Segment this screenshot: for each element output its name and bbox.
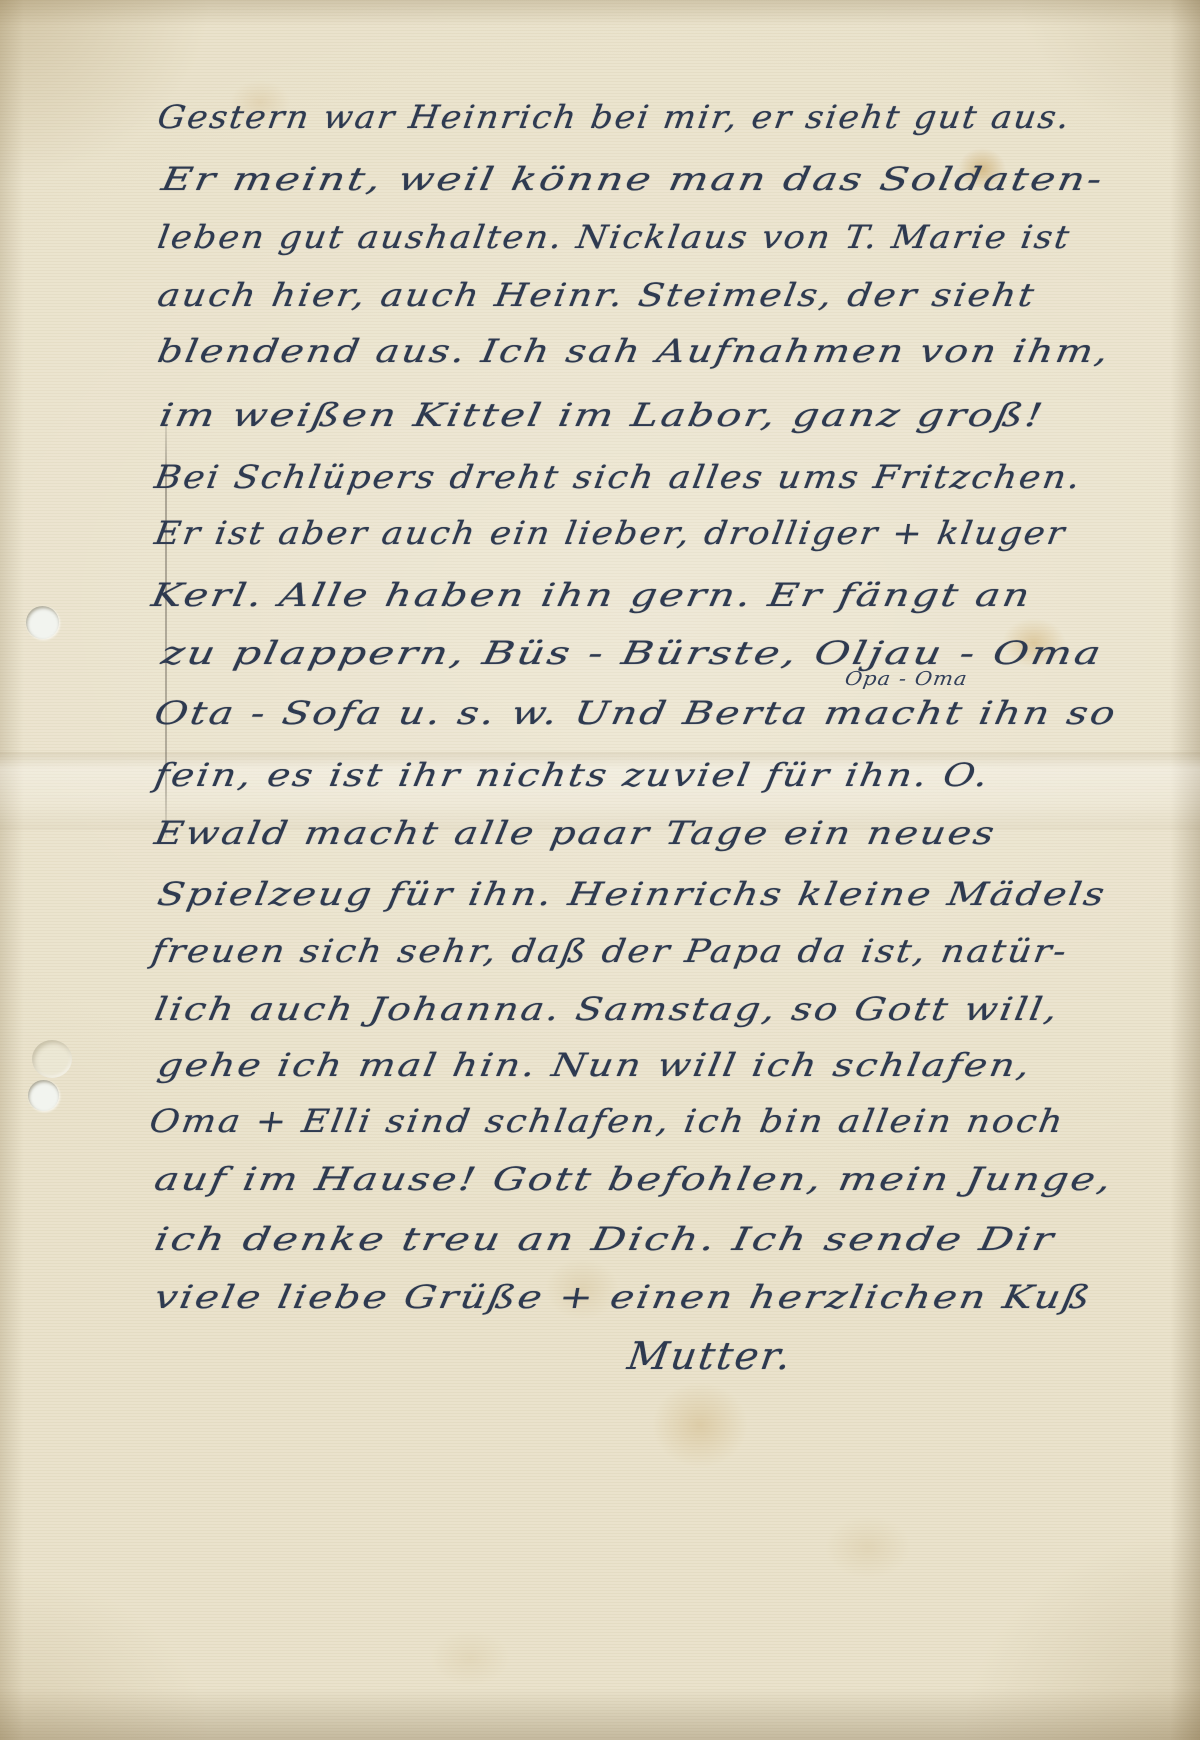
- stain: [430, 1630, 510, 1686]
- handwritten-line: leben gut aushalten. Nicklaus von T. Mar…: [155, 218, 1074, 256]
- stain: [825, 1515, 911, 1579]
- handwritten-line: auch hier, auch Heinr. Steimels, der sie…: [155, 276, 1039, 314]
- signature: Mutter.: [625, 1334, 796, 1378]
- handwritten-line: Spielzeug für ihn. Heinrichs kleine Mäde…: [155, 875, 1110, 913]
- handwritten-line: lich auch Johanna. Samstag, so Gott will…: [152, 990, 1063, 1028]
- handwritten-line: blendend aus. Ich sah Aufnahmen von ihm,: [155, 332, 1114, 370]
- handwritten-line: Bei Schlüpers dreht sich alles ums Fritz…: [152, 458, 1085, 496]
- stain: [652, 1382, 748, 1468]
- handwritten-line: Kerl. Alle haben ihn gern. Er fängt an: [149, 576, 1036, 614]
- handwritten-line: im weißen Kittel im Labor, ganz groß!: [157, 396, 1048, 434]
- handwritten-line: fein, es ist ihr nichts zuviel für ihn. …: [152, 756, 993, 794]
- handwritten-line: gehe ich mal hin. Nun will ich schlafen,: [155, 1046, 1035, 1084]
- handwritten-line: Oma + Elli sind schlafen, ich bin allein…: [147, 1102, 1068, 1140]
- handwritten-line: Er meint, weil könne man das Soldaten-: [159, 160, 1108, 198]
- interline-annotation: Opa - Oma: [843, 668, 969, 690]
- handwritten-line: freuen sich sehr, daß der Papa da ist, n…: [149, 932, 1071, 970]
- handwritten-line: viele liebe Grüße + einen herzlichen Kuß: [152, 1278, 1096, 1316]
- handwritten-line: Er ist aber auch ein lieber, drolliger +…: [152, 514, 1069, 552]
- handwritten-line: zu plappern, Büs - Bürste, Oljau - Oma: [158, 634, 1106, 672]
- letter-page: Gestern war Heinrich bei mir, er sieht g…: [0, 0, 1200, 1740]
- handwritten-line: Ota - Sofa u. s. w. Und Berta macht ihn …: [152, 694, 1121, 732]
- handwritten-line: ich denke treu an Dich. Ich sende Dir: [151, 1220, 1058, 1258]
- punch-hole-bottom: [28, 1080, 59, 1111]
- punch-hole-top: [26, 606, 59, 639]
- handwritten-line: Gestern war Heinrich bei mir, er sieht g…: [155, 98, 1074, 136]
- handwritten-line: Ewald macht alle paar Tage ein neues: [152, 814, 1000, 852]
- handwritten-line: auf im Hause! Gott befohlen, mein Junge,: [152, 1160, 1117, 1198]
- punch-hole-ghost-ring: [32, 1040, 72, 1078]
